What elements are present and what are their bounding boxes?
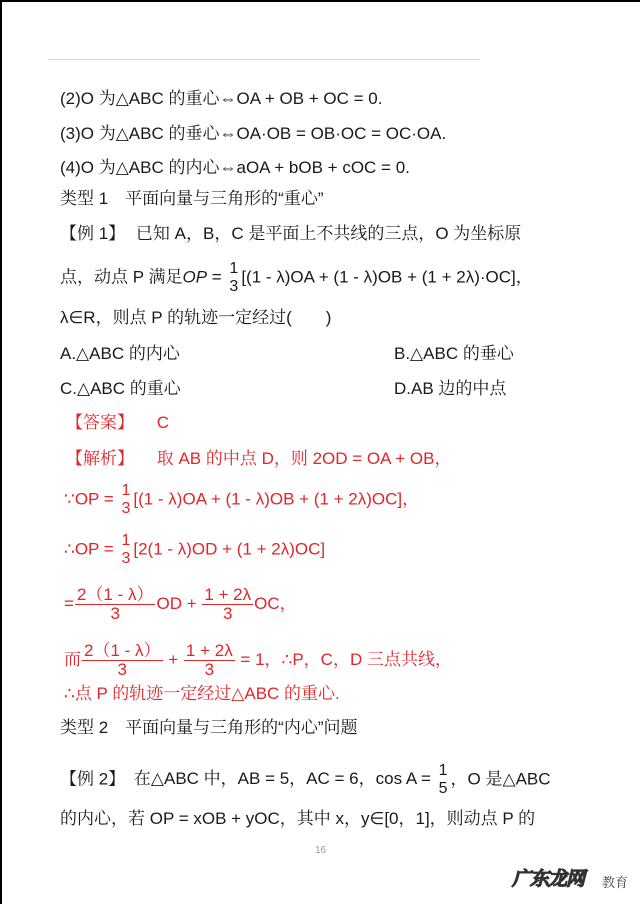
denominator: 3 [108, 605, 121, 623]
page-number: 16 [315, 845, 326, 856]
plus: + [164, 650, 183, 669]
formula: = 1，∴P，C，D 三点共线， [236, 650, 452, 669]
analysis-line6: ∴点 P 的轨迹一定经过△ABC 的重心. [64, 683, 340, 705]
example2-line2: 的内心，若 OP = xOB + yOC，其中 x，y∈[0，1]，则动点 P … [60, 808, 535, 830]
header-divider [48, 59, 480, 60]
option-a: A.△ABC 的内心 [60, 343, 180, 365]
formula: [(1 - λ)OA + (1 - λ)OB + (1 + 2λ)OC]， [133, 489, 419, 508]
analysis-line5: 而2（1 - λ）3 + 1 + 2λ3 = 1，∴P，C，D 三点共线， [64, 642, 452, 679]
text: 点，动点 P 满足 [60, 267, 182, 286]
numerator: 2（1 - λ） [75, 586, 156, 605]
analysis-line3: ∴OP = 13[2(1 - λ)OD + (1 + 2λ)OC] [64, 532, 325, 568]
document-page: (2)O 为△ABC 的重心⇔OA + OB + OC = 0. (3)O 为△… [2, 2, 640, 904]
formula: [2(1 - λ)OD + (1 + 2λ)OC] [133, 539, 325, 558]
numerator: 2（1 - λ） [82, 642, 163, 661]
option-c: C.△ABC 的重心 [60, 378, 181, 400]
option-b: B.△ABC 的垂心 [394, 343, 514, 365]
answer-line: 【答案】 C [66, 412, 169, 434]
fraction-1-2lambda-over-3: 1 + 2λ3 [184, 642, 235, 679]
denominator: 3 [116, 661, 129, 679]
property-text: (3)O 为△ABC 的垂心⇔ [60, 124, 236, 143]
example2-line1: 【例 2】 在△ABC 中，AB = 5，AC = 6，cos A = 15，O… [60, 762, 551, 798]
answer-value: C [157, 413, 169, 432]
example1-line3: λ∈R，则点 P 的轨迹一定经过( ) [60, 307, 331, 329]
fraction-one-third: 13 [119, 532, 132, 568]
denominator: 3 [221, 605, 234, 623]
numerator: 1 + 2λ [184, 642, 235, 661]
example1-label: 【例 1】 [60, 224, 125, 243]
denominator: 3 [227, 278, 240, 296]
fraction-one-third: 13 [227, 260, 240, 296]
example1-line2: 点，动点 P 满足OP = 13[(1 - λ)OA + (1 - λ)OB +… [60, 260, 533, 296]
fraction-2-1-lambda-over-3: 2（1 - λ）3 [82, 642, 163, 679]
analysis-label: 【解析】 [66, 449, 134, 468]
denominator: 5 [437, 780, 450, 798]
text: ∵OP = [64, 489, 118, 508]
formula: OD + [156, 594, 201, 613]
analysis-line1: 【解析】 取 AB 的中点 D，则 2OD = OA + OB， [66, 448, 451, 470]
example1-text: 已知 A，B，C 是平面上不共线的三点，O 为坐标原 [136, 224, 521, 243]
text: 在△ABC 中，AB = 5，AC = 6，cos A = [134, 769, 436, 788]
analysis-text: 取 AB 的中点 D，则 2OD = OA + OB， [157, 449, 452, 468]
formula: OC， [254, 594, 297, 613]
numerator: 1 + 2λ [202, 586, 253, 605]
property-orthocenter: (3)O 为△ABC 的垂心⇔OA·OB = OB·OC = OC·OA. [60, 123, 446, 145]
vector-op: OP [182, 267, 207, 286]
property-text: (2)O 为△ABC 的重心⇔ [60, 89, 236, 108]
numerator: 1 [119, 482, 132, 500]
property-centroid: (2)O 为△ABC 的重心⇔OA + OB + OC = 0. [60, 88, 382, 110]
watermark-logo: 广东龙网 [512, 864, 584, 891]
property-formula: OA + OB + OC = 0. [236, 89, 382, 108]
option-d: D.AB 边的中点 [394, 378, 506, 400]
analysis-line4: =2（1 - λ）3OD + 1 + 2λ3OC， [64, 586, 297, 623]
fraction-one-third: 13 [119, 482, 132, 518]
equals: = [64, 594, 74, 613]
text: ∴OP = [64, 539, 118, 558]
property-formula: OA·OB = OB·OC = OC·OA. [236, 124, 446, 143]
example1-line1: 【例 1】 已知 A，B，C 是平面上不共线的三点，O 为坐标原 [60, 223, 521, 245]
numerator: 1 [227, 260, 240, 278]
numerator: 1 [437, 762, 450, 780]
text: ，O 是△ABC [451, 769, 551, 788]
property-text: (4)O 为△ABC 的内心⇔ [60, 158, 236, 177]
type1-heading: 类型 1 平面向量与三角形的“重心” [60, 188, 324, 210]
property-formula: aOA + bOB + cOC = 0. [236, 158, 409, 177]
property-incenter: (4)O 为△ABC 的内心⇔aOA + bOB + cOC = 0. [60, 157, 410, 179]
formula: [(1 - λ)OA + (1 - λ)OB + (1 + 2λ)·OC]， [241, 267, 532, 286]
fraction-1-2lambda-over-3: 1 + 2λ3 [202, 586, 253, 623]
fraction-2-1-lambda-over-3: 2（1 - λ）3 [75, 586, 156, 623]
equals: = [207, 267, 226, 286]
type2-heading: 类型 2 平面向量与三角形的“内心”问题 [60, 717, 358, 739]
answer-label: 【答案】 [66, 413, 134, 432]
fraction-one-fifth: 15 [437, 762, 450, 798]
denominator: 3 [119, 500, 132, 518]
numerator: 1 [119, 532, 132, 550]
example2-label: 【例 2】 [60, 769, 125, 788]
text: 而 [64, 650, 81, 669]
analysis-line2: ∵OP = 13[(1 - λ)OA + (1 - λ)OB + (1 + 2λ… [64, 482, 419, 518]
watermark-suffix: 教育 [602, 872, 628, 891]
denominator: 3 [203, 661, 216, 679]
denominator: 3 [119, 550, 132, 568]
